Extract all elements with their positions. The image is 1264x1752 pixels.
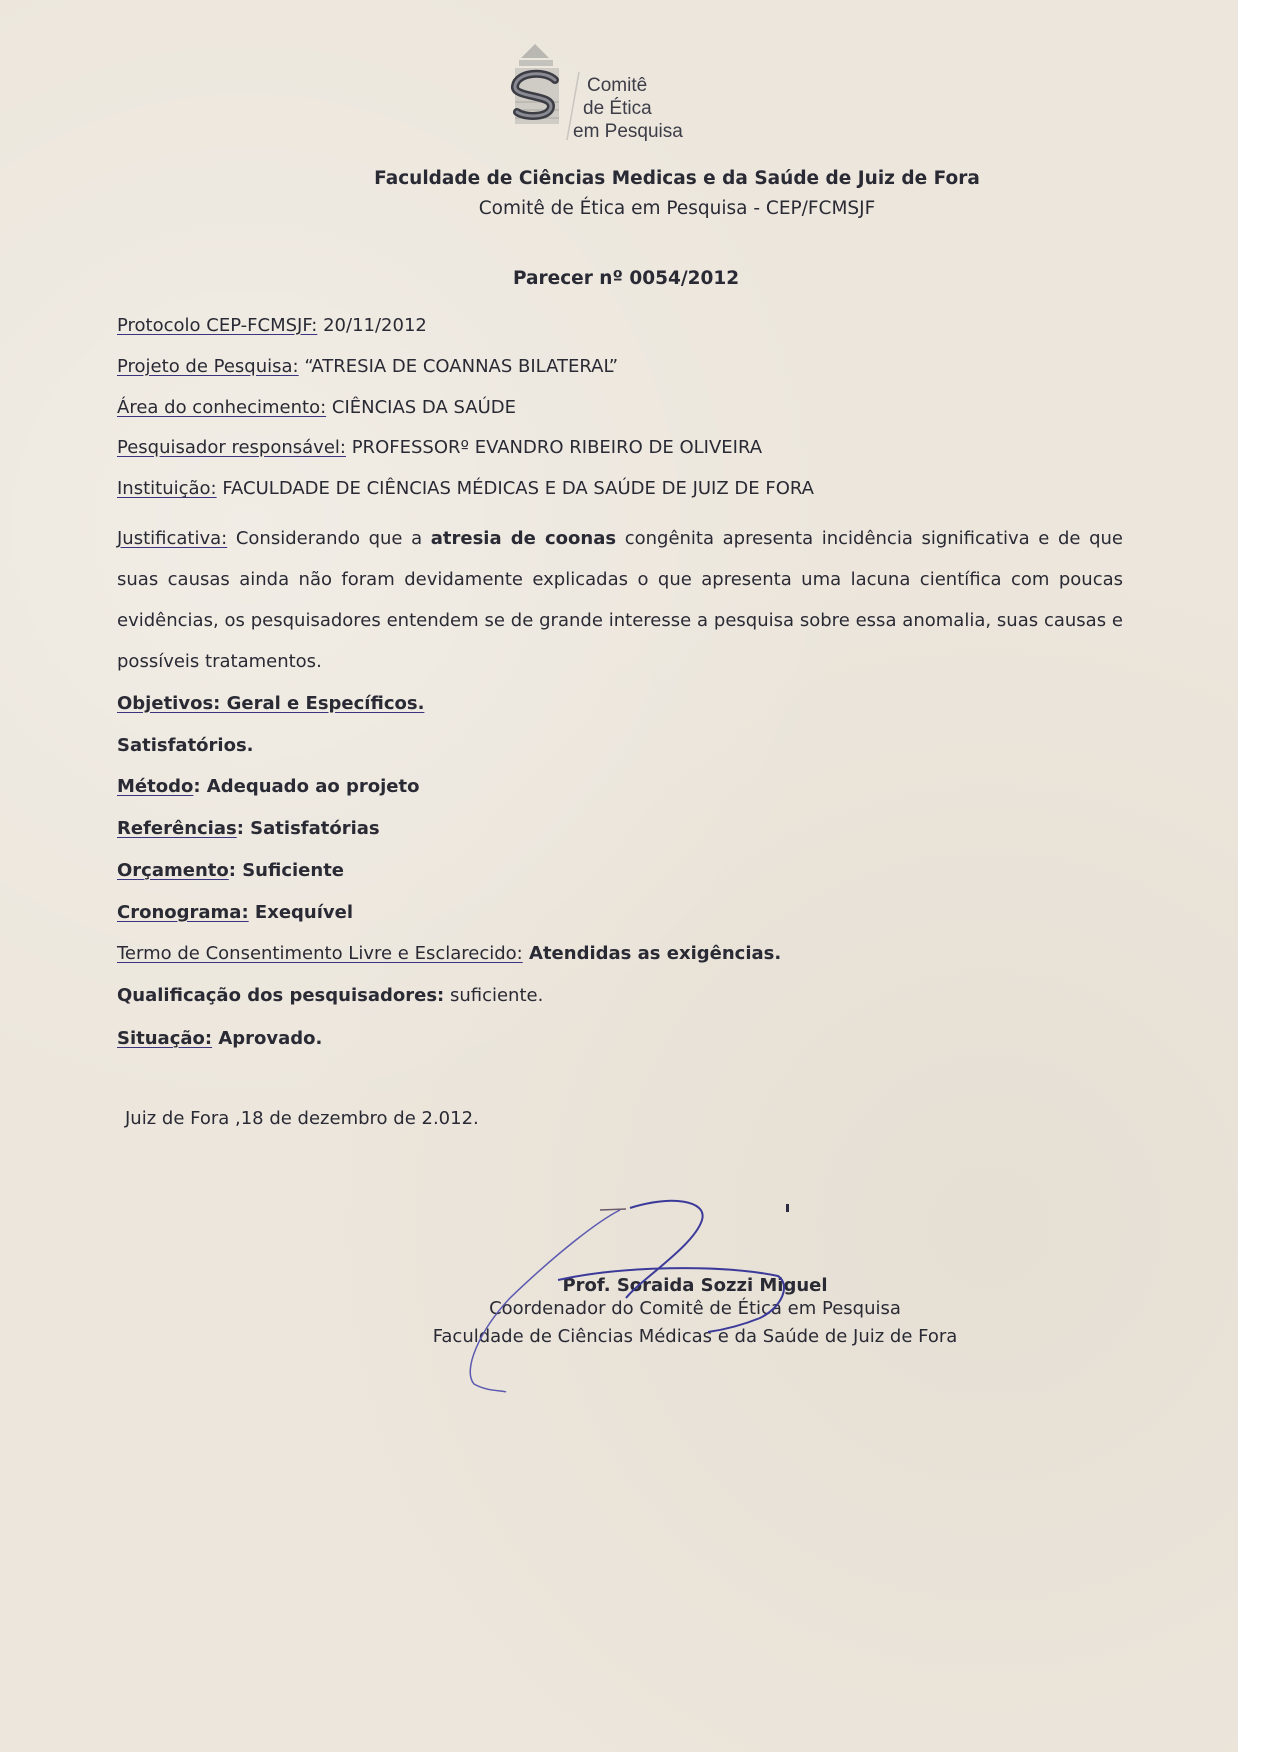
logo-line-3: em Pesquisa (573, 120, 683, 143)
field-value: : Suficiente (229, 860, 344, 881)
institution-heading: Faculdade de Ciências Medicas e da Saúde… (58, 168, 1264, 189)
field-label: Área do conhecimento: (117, 397, 326, 418)
field-situacao: Situação: Aprovado. (117, 1028, 322, 1049)
document-page: Comitê de Ética em Pesquisa Faculdade de… (0, 0, 1238, 1752)
field-pesquisador: Pesquisador responsável: PROFESSORº EVAN… (117, 437, 762, 458)
signatory-institution: Faculdade de Ciências Médicas e da Saúde… (76, 1326, 1264, 1347)
field-label: Termo de Consentimento Livre e Esclareci… (117, 943, 523, 964)
field-label: Objetivos: Geral e Específicos. (117, 693, 424, 714)
field-value: PROFESSORº EVANDRO RIBEIRO DE OLIVEIRA (346, 437, 762, 458)
field-value: “ATRESIA DE COANNAS BILATERAL” (299, 356, 618, 377)
field-referencias: Referências: Satisfatórias (117, 818, 380, 839)
field-label: Referências (117, 818, 237, 839)
logo-line-2: de Ética (573, 97, 683, 120)
field-instituicao: Instituição: FACULDADE DE CIÊNCIAS MÉDIC… (117, 478, 814, 499)
field-label: Orçamento (117, 860, 229, 881)
field-label: Instituição: (117, 478, 217, 499)
field-metodo: Método: Adequado ao projeto (117, 776, 419, 797)
field-area: Área do conhecimento: CIÊNCIAS DA SAÚDE (117, 397, 516, 418)
committee-heading: Comitê de Ética em Pesquisa - CEP/FCMSJF (58, 198, 1264, 219)
field-orcamento: Orçamento: Suficiente (117, 860, 344, 881)
cep-logo: Comitê de Ética em Pesquisa (505, 42, 705, 147)
field-qualificacao: Qualificação dos pesquisadores: suficien… (117, 985, 543, 1006)
field-label: Cronograma: (117, 902, 249, 923)
field-termo: Termo de Consentimento Livre e Esclareci… (117, 943, 781, 964)
field-value: CIÊNCIAS DA SAÚDE (326, 397, 516, 418)
field-value: suficiente. (444, 985, 543, 1006)
field-value: Atendidas as exigências. (523, 943, 781, 964)
logo-text: Comitê de Ética em Pesquisa (573, 74, 683, 143)
field-label: Pesquisador responsável: (117, 437, 346, 458)
place-date: Juiz de Fora ,18 de dezembro de 2.012. (125, 1108, 479, 1129)
field-projeto: Projeto de Pesquisa: “ATRESIA DE COANNAS… (117, 356, 618, 377)
field-value: : Adequado ao projeto (193, 776, 419, 797)
field-label: Situação: (117, 1028, 212, 1049)
field-value: Aprovado. (212, 1028, 322, 1049)
signatory-role: Coordenador do Comitê de Ética em Pesqui… (76, 1298, 1264, 1319)
field-objetivos-value: Satisfatórios. (117, 735, 254, 756)
justificativa-text-after: congênita apresenta incidência significa… (117, 528, 1123, 672)
justificativa-text-before: Considerando que a (227, 528, 431, 549)
field-value: Exequível (249, 902, 353, 923)
field-label: Protocolo CEP-FCMSJF: (117, 315, 317, 336)
field-value: : Satisfatórias (237, 818, 380, 839)
field-label: Justificativa: (117, 528, 227, 549)
field-protocolo: Protocolo CEP-FCMSJF: 20/11/2012 (117, 315, 427, 336)
logo-line-1: Comitê (573, 74, 683, 97)
field-justificativa: Justificativa: Considerando que a atresi… (117, 518, 1123, 682)
justificativa-bold-term: atresia de coonas (431, 528, 616, 549)
parecer-number: Parecer nº 0054/2012 (513, 268, 739, 289)
field-value: 20/11/2012 (317, 315, 426, 336)
field-label: Qualificação dos pesquisadores: (117, 985, 444, 1006)
field-value: FACULDADE DE CIÊNCIAS MÉDICAS E DA SAÚDE… (217, 478, 814, 499)
field-label: Método (117, 776, 193, 797)
signatory-name: Prof. Soraida Sozzi Miguel (76, 1275, 1264, 1296)
field-label: Projeto de Pesquisa: (117, 356, 299, 377)
field-cronograma: Cronograma: Exequível (117, 902, 353, 923)
field-objetivos: Objetivos: Geral e Específicos. (117, 693, 424, 714)
